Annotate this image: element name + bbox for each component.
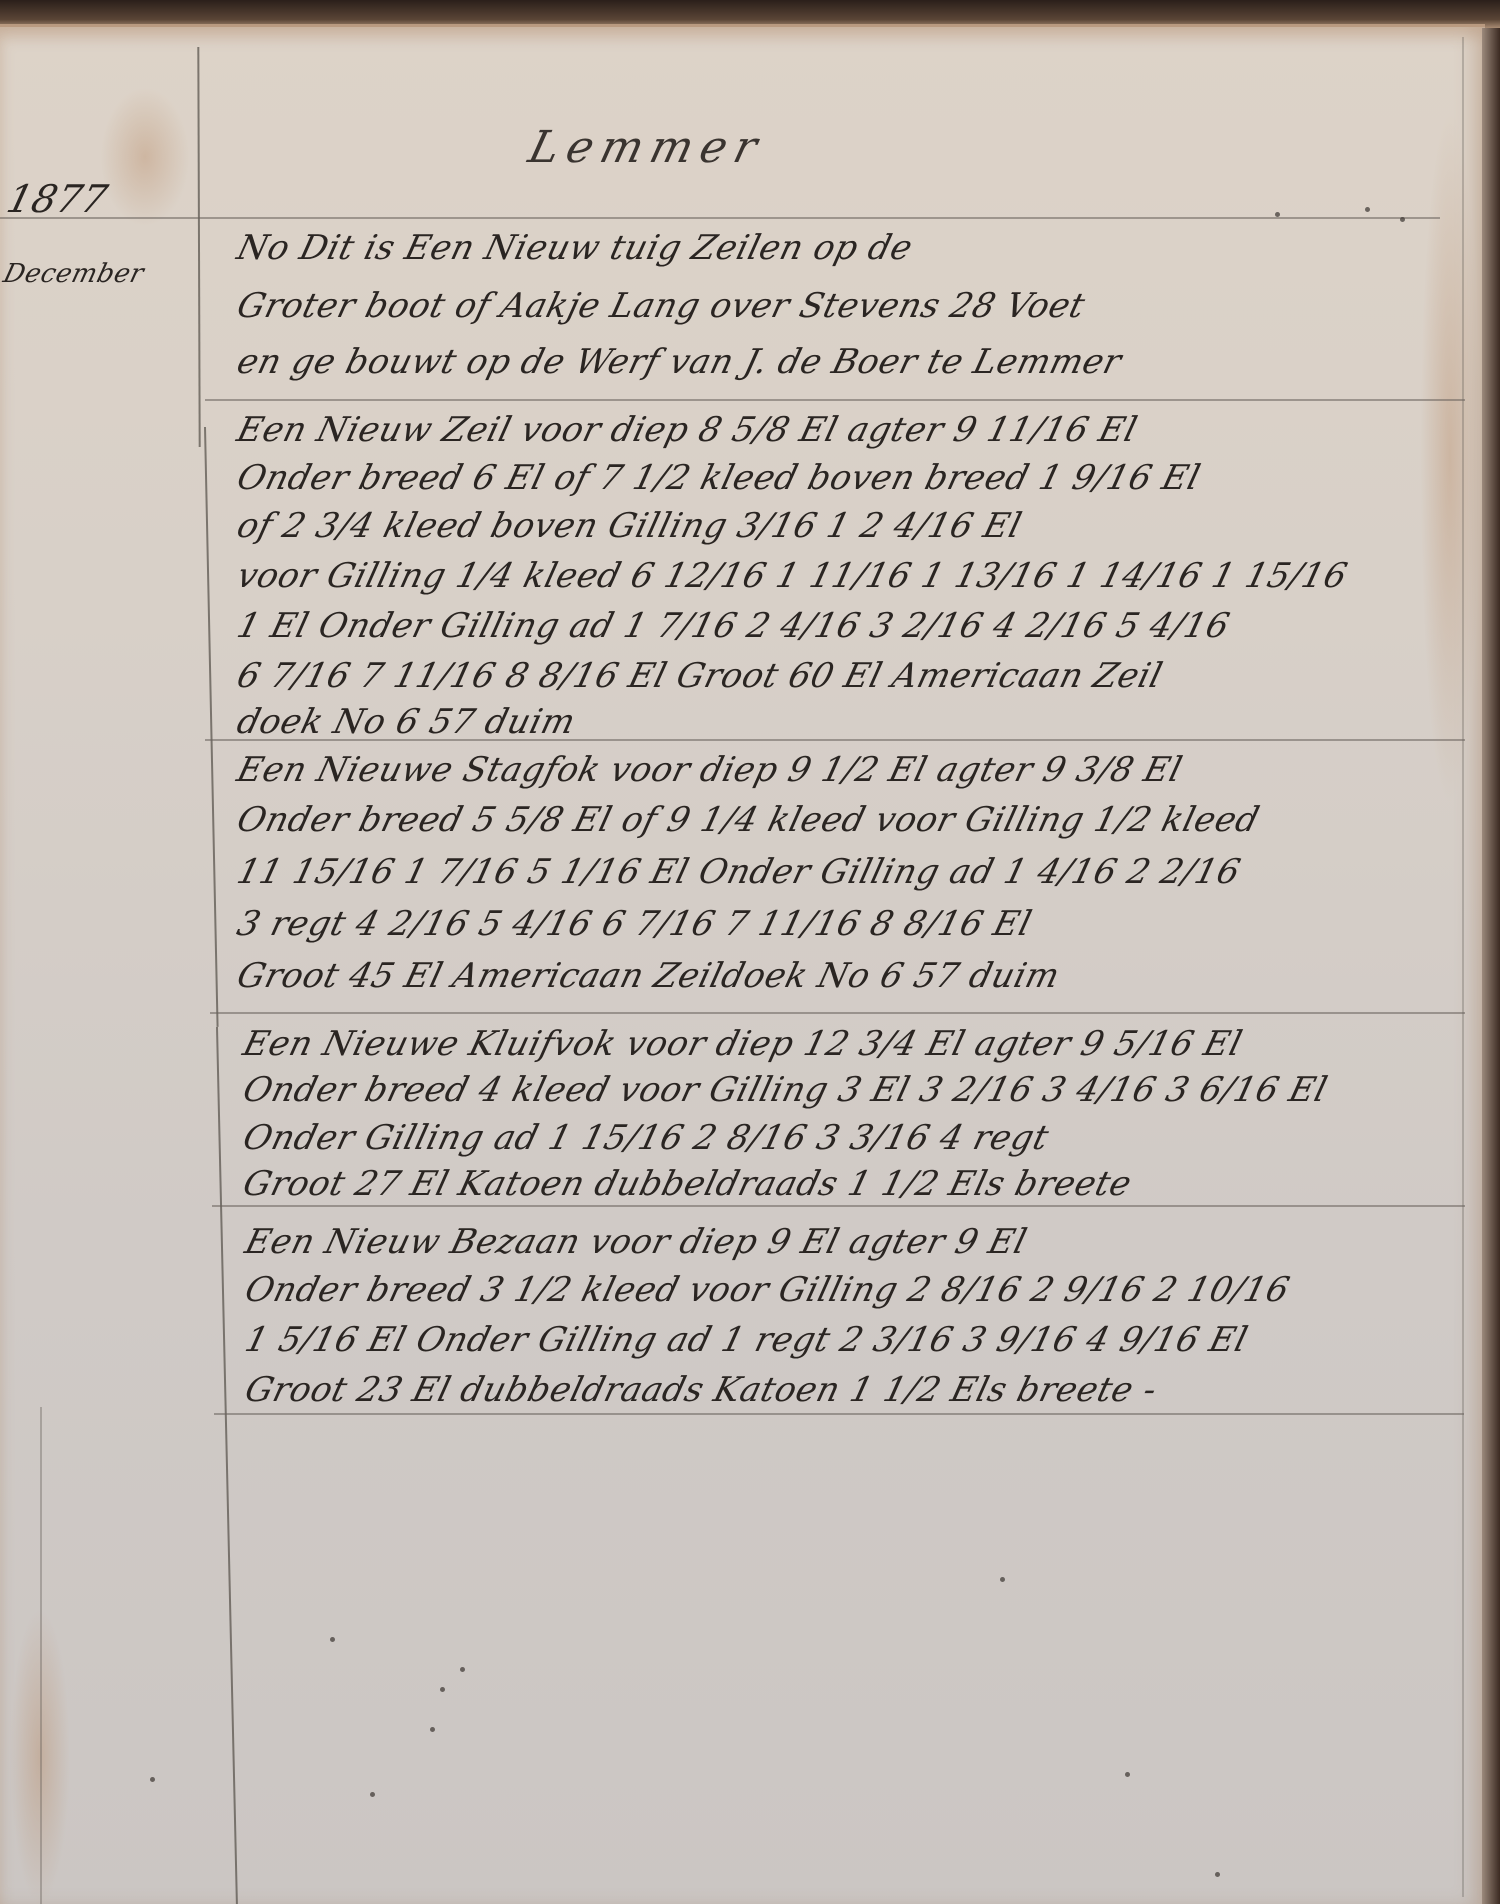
entry-line: 1 5/16 El Onder Gilling ad 1 regt 2 3/16…: [240, 1317, 1252, 1363]
entry-line: Onder Gilling ad 1 15/16 2 8/16 3 3/16 4…: [238, 1115, 1053, 1161]
entry-line: doek No 6 57 duim: [232, 699, 580, 745]
ink-speck: [1125, 1772, 1130, 1777]
entry-line: Een Nieuwe Kluifvok voor diep 12 3/4 El …: [238, 1021, 1247, 1067]
ruled-line: [214, 1413, 1464, 1415]
ruled-line: [0, 217, 1440, 219]
margin-year: 1877: [3, 177, 113, 221]
ink-speck: [330, 1637, 335, 1642]
entry-line: 11 15/16 1 7/16 5 1/16 El Onder Gilling …: [232, 849, 1245, 895]
entry-line: Onder breed 6 El of 7 1/2 kleed boven br…: [232, 455, 1205, 501]
ruled-line: [210, 1012, 1465, 1014]
ink-speck: [440, 1687, 445, 1692]
entry-line: 1 El Onder Gilling ad 1 7/16 2 4/16 3 2/…: [232, 603, 1234, 649]
entry-line: Groot 45 El Americaan Zeildoek No 6 57 d…: [232, 953, 1064, 999]
ink-speck: [1000, 1577, 1005, 1582]
margin-rule: [216, 1027, 238, 1904]
ink-speck: [1215, 1872, 1220, 1877]
ruled-line: [205, 399, 1465, 401]
ink-speck: [1400, 217, 1405, 222]
page-title: Lemmer: [524, 122, 770, 173]
entry-line: Een Nieuw Bezaan voor diep 9 El agter 9 …: [240, 1219, 1031, 1265]
ink-speck: [1275, 212, 1280, 217]
entry-line: Onder breed 5 5/8 El of 9 1/4 kleed voor…: [232, 797, 1264, 843]
entry-line: Groot 27 El Katoen dubbeldraads 1 1/2 El…: [238, 1161, 1136, 1207]
entry-line: No Dit is Een Nieuw tuig Zeilen op de: [232, 225, 917, 271]
ink-speck: [1365, 207, 1370, 212]
margin-rule: [204, 427, 219, 1027]
right-margin-rule: [1462, 37, 1464, 1897]
entry-line: Onder breed 3 1/2 kleed voor Gilling 2 8…: [240, 1267, 1294, 1313]
ink-speck: [460, 1667, 465, 1672]
margin-month: December: [0, 259, 147, 289]
ink-speck: [150, 1777, 155, 1782]
entry-line: Onder breed 4 kleed voor Gilling 3 El 3 …: [238, 1067, 1332, 1113]
entry-line: Een Nieuw Zeil voor diep 8 5/8 El agter …: [232, 407, 1142, 453]
paper-stain: [100, 87, 190, 227]
entry-line: Een Nieuwe Stagfok voor diep 9 1/2 El ag…: [232, 747, 1187, 793]
paper-stain: [1420, 107, 1480, 807]
book-spine-shadow: [1482, 28, 1500, 1904]
entry-line: 3 regt 4 2/16 5 4/16 6 7/16 7 11/16 8 8/…: [232, 901, 1036, 947]
ink-speck: [430, 1727, 435, 1732]
entry-line: voor Gilling 1/4 kleed 6 12/16 1 11/16 1…: [232, 553, 1352, 599]
ledger-page: Lemmer 1877 December No Dit is Een Nieuw…: [0, 24, 1485, 1904]
entry-line: 6 7/16 7 11/16 8 8/16 El Groot 60 El Ame…: [232, 653, 1167, 699]
entry-line: of 2 3/4 kleed boven Gilling 3/16 1 2 4/…: [232, 503, 1026, 549]
entry-line: Groot 23 El dubbeldraads Katoen 1 1/2 El…: [240, 1367, 1162, 1413]
entry-line: Groter boot of Aakje Lang over Stevens 2…: [232, 283, 1090, 329]
left-edge-rule: [40, 1407, 42, 1904]
ink-speck: [370, 1792, 375, 1797]
margin-rule: [197, 47, 200, 447]
entry-line: en ge bouwt op de Werf van J. de Boer te…: [232, 339, 1126, 385]
